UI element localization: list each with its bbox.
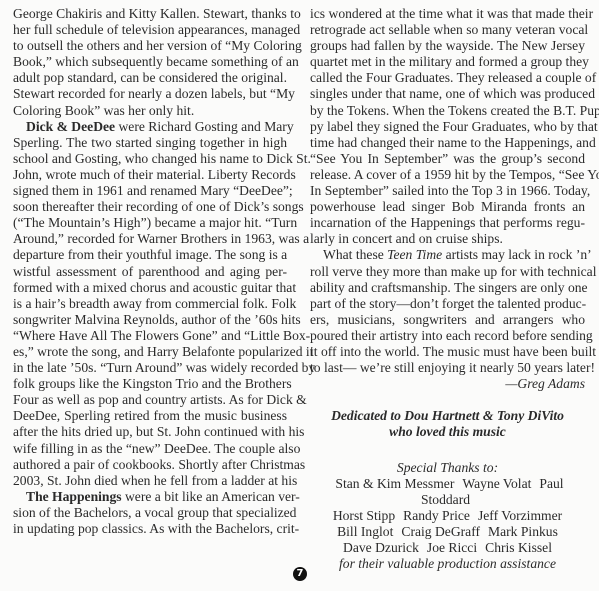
text-line: is a hair’s breadth away from commercial… <box>13 296 287 312</box>
text-line: “Where Have All The Flowers Gone” and “L… <box>13 328 287 344</box>
thanks-name: Stan & Kim Messmer <box>335 476 454 491</box>
text-line: formed with a mixed chorus and acoustic … <box>13 280 287 296</box>
thanks-name: Joe Ricci <box>427 540 477 555</box>
paragraph-conclusion: What these Teen Time artists may lack in… <box>310 247 585 392</box>
text-line: What these Teen Time artists may lack in… <box>310 247 585 263</box>
thanks-row: Stan & Kim MessmerWayne VolatPaul Stodda… <box>310 476 585 508</box>
paragraph-happenings-cont: ics wondered at the time what it was tha… <box>310 6 585 247</box>
text-line: ability and craftsmanship. The singers a… <box>310 280 585 296</box>
text-line: George Chakiris and Kitty Kallen. Stewar… <box>13 6 287 22</box>
thanks-name: Chris Kissel <box>485 540 552 555</box>
text-line: in the late ’50s. “Turn Around” was wide… <box>13 360 287 376</box>
thanks-row: Dave DzurickJoe RicciChris Kissel <box>310 540 585 556</box>
thanks-footer: for their valuable production assistance <box>310 556 585 572</box>
thanks-title: Special Thanks to: <box>310 460 585 476</box>
text-line: powerhouse lead singer Bob Miranda front… <box>310 199 585 215</box>
artist-name-happenings: The Happenings <box>26 489 122 504</box>
left-column: George Chakiris and Kitty Kallen. Stewar… <box>13 6 287 537</box>
text-line: songwriter Malvina Reynolds, author of t… <box>13 312 287 328</box>
text-line: es,” wrote the song, and Harry Belafonte… <box>13 344 287 360</box>
text-line: poured their artistry into each record b… <box>310 328 585 344</box>
text-line: retrograde act sellable when so many vet… <box>310 22 585 38</box>
text-fragment: were Richard Gosting and Mary <box>115 119 294 134</box>
text-line: Book,” which subsequently became somethi… <box>13 54 287 70</box>
text-fragment: artists may lack in rock ’n’ <box>442 247 592 262</box>
text-line: by the Tokens. When the Tokens created t… <box>310 103 585 119</box>
text-line: larly in concert and on cruise ships. <box>310 231 585 247</box>
text-line: py label they signed the Four Graduates,… <box>310 119 585 135</box>
text-line: Sperling. The two started singing togeth… <box>13 135 287 151</box>
text-line: DeeDee, Sperling retired from the music … <box>13 408 287 424</box>
paragraph-stewart: George Chakiris and Kitty Kallen. Stewar… <box>13 6 287 119</box>
page-number: 7 <box>293 567 307 581</box>
text-line: (“The Mountain’s High”) became a major h… <box>13 215 287 231</box>
special-thanks: Special Thanks to: Stan & Kim MessmerWay… <box>310 460 585 572</box>
dedication-line: who loved this music <box>310 424 585 440</box>
thanks-name: Jeff Vorzimmer <box>478 508 562 523</box>
text-line: sion of the Bachelors, a vocal group tha… <box>13 505 287 521</box>
text-line: it off into the world. The music must ha… <box>310 344 585 360</box>
thanks-name: Randy Price <box>403 508 470 523</box>
text-line: Around,” recorded for Warner Brothers in… <box>13 231 287 247</box>
text-line: school and Gosting, who changed his name… <box>13 151 287 167</box>
text-line: in updating pop classics. As with the Ba… <box>13 521 287 537</box>
right-column: ics wondered at the time what it was tha… <box>310 6 585 392</box>
text-line: “See You In September” was the group’s s… <box>310 151 585 167</box>
thanks-row: Bill InglotCraig DeGraffMark Pinkus <box>310 524 585 540</box>
text-line: Coloring Book” was her only hit. <box>13 103 287 119</box>
text-line: called the Four Graduates. They released… <box>310 70 585 86</box>
text-line: release. A cover of a 1959 hit by the Te… <box>310 167 585 183</box>
album-title: Teen Time <box>387 247 442 262</box>
thanks-row: Horst StippRandy PriceJeff Vorzimmer <box>310 508 585 524</box>
text-line: ics wondered at the time what it was tha… <box>310 6 585 22</box>
text-line: her full schedule of television appearan… <box>13 22 287 38</box>
text-line: part of the story—don’t forget the talen… <box>310 296 585 312</box>
text-line: The Happenings were a bit like an Americ… <box>13 489 287 505</box>
text-line: folk groups like the Kingston Trio and t… <box>13 376 287 392</box>
text-line: after the hits dried up, but St. John co… <box>13 424 287 440</box>
text-line: incarnation of the Happenings that perfo… <box>310 215 585 231</box>
text-line: groups had fallen by the wayside. The Ne… <box>310 38 585 54</box>
text-line: John, wrote much of their material. Libe… <box>13 167 287 183</box>
author-signature: —Greg Adams <box>310 376 585 392</box>
dedication: Dedicated to Dou Hartnett & Tony DiVito … <box>310 408 585 440</box>
text-line: In September” sailed into the Top 3 in 1… <box>310 183 585 199</box>
text-line: roll verve they more than make up for wi… <box>310 264 585 280</box>
text-line: Dick & DeeDee were Richard Gosting and M… <box>13 119 287 135</box>
text-line: authored a pair of cookbooks. Shortly af… <box>13 457 287 473</box>
text-fragment: What these <box>323 247 387 262</box>
paragraph-dick-deedee: Dick & DeeDee were Richard Gosting and M… <box>13 119 287 489</box>
text-line: Stewart recorded for nearly a dozen labe… <box>13 86 287 102</box>
thanks-name: Horst Stipp <box>333 508 395 523</box>
text-line: departure from their youthful image. The… <box>13 247 287 263</box>
text-line: wistful assessment of parenthood and agi… <box>13 264 287 280</box>
thanks-name: Dave Dzurick <box>343 540 419 555</box>
artist-name-dick-deedee: Dick & DeeDee <box>26 119 115 134</box>
text-line: singles under that name, one of which wa… <box>310 86 585 102</box>
text-line: soon thereafter their recording of one o… <box>13 199 287 215</box>
thanks-name: Mark Pinkus <box>488 524 558 539</box>
paragraph-happenings: The Happenings were a bit like an Americ… <box>13 489 287 537</box>
thanks-name: Craig DeGraff <box>401 524 480 539</box>
text-line: time had changed their name to the Happe… <box>310 135 585 151</box>
thanks-name: Bill Inglot <box>337 524 393 539</box>
text-fragment: were a bit like an American ver- <box>122 489 300 504</box>
text-line: 2003, St. John died when he fell from a … <box>13 473 287 489</box>
thanks-name: Wayne Volat <box>462 476 531 491</box>
text-line: adult pop standard, can be considered th… <box>13 70 287 86</box>
text-line: quartet met in the military and formed a… <box>310 54 585 70</box>
text-line: Four as well as pop and country artists.… <box>13 392 287 408</box>
text-line: ers, musicians, songwriters and arranger… <box>310 312 585 328</box>
text-line: to outsell the others and her version of… <box>13 38 287 54</box>
text-line: signed them in 1961 and renamed Mary “De… <box>13 183 287 199</box>
text-line: to last— we’re still enjoying it nearly … <box>310 360 585 376</box>
dedication-line: Dedicated to Dou Hartnett & Tony DiVito <box>310 408 585 424</box>
text-line: wife filling in as the “new” DeeDee. The… <box>13 441 287 457</box>
